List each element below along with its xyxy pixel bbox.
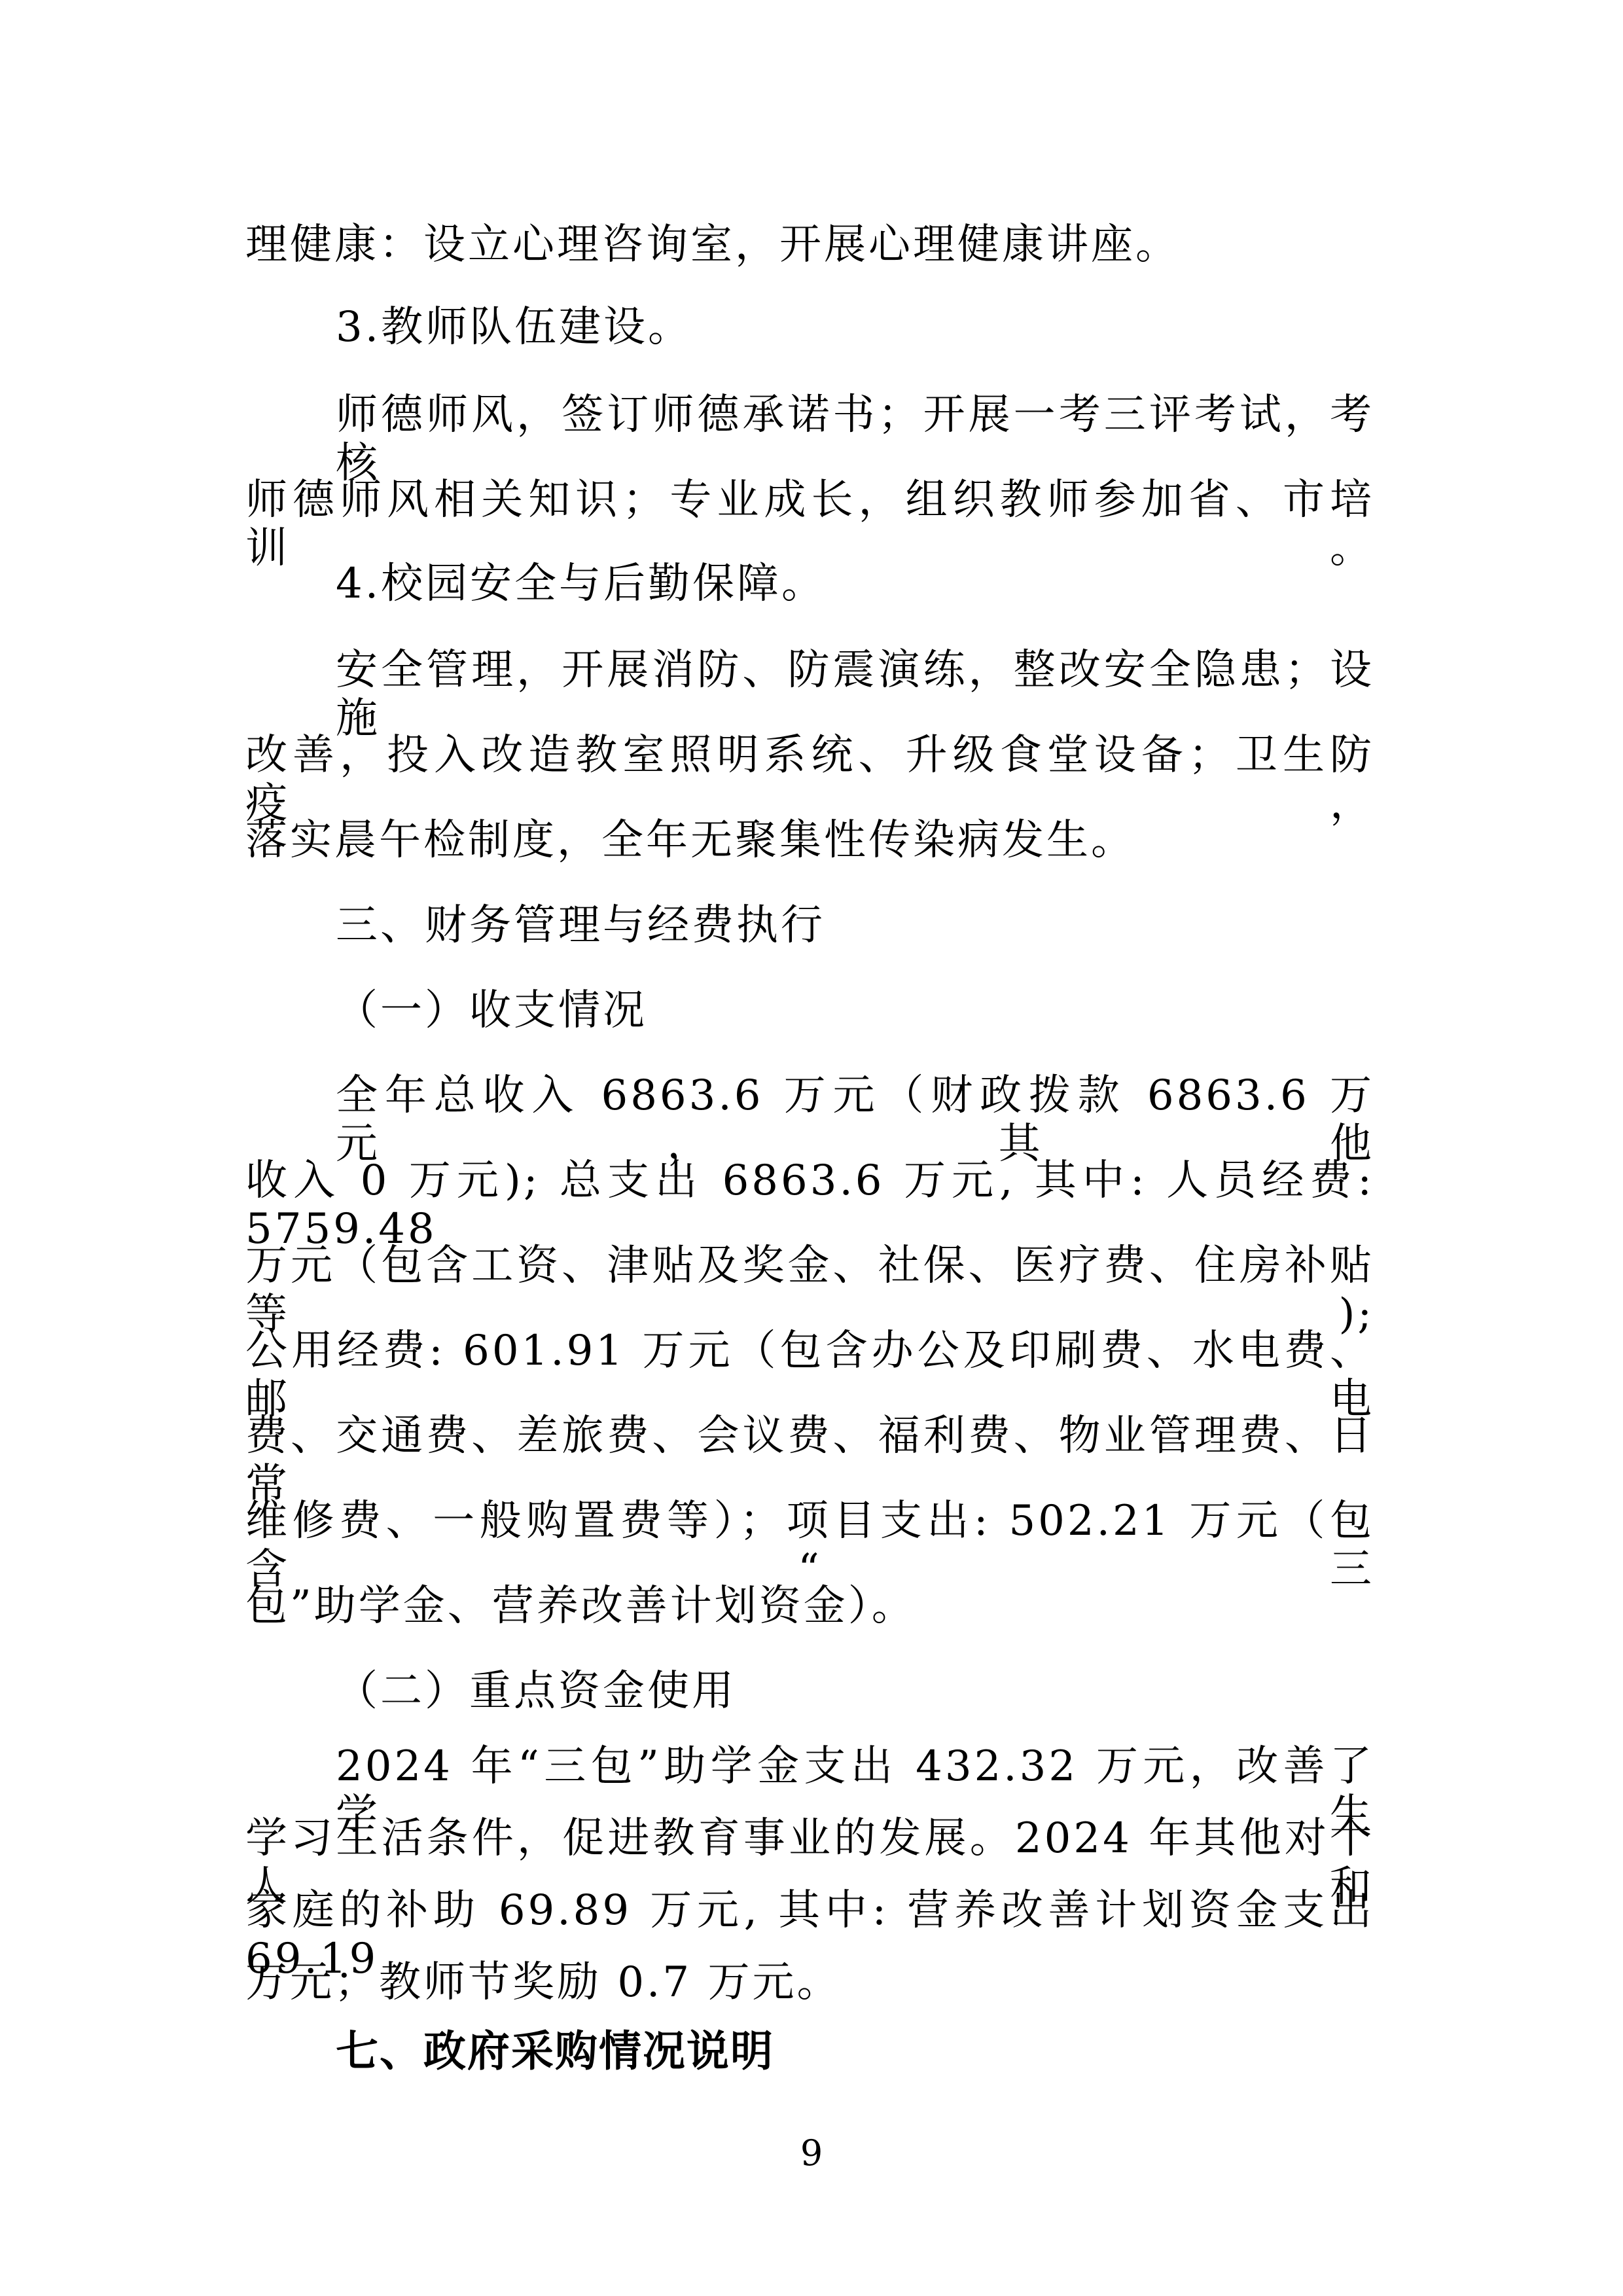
document-page: 理健康：设立心理咨询室，开展心理健康讲座。 3.教师队伍建设。 师德师风，签订师…: [0, 0, 1623, 2296]
page-number: 9: [0, 2132, 1623, 2174]
para-safety-line-2: 改善，投入改造教室照明系统、升级食堂设备；卫生防疫，: [245, 731, 1374, 828]
subsection-1-income-expense-heading: （一）收支情况: [245, 986, 1374, 1035]
para-psych-health-line: 理健康：设立心理咨询室，开展心理健康讲座。: [245, 221, 1374, 269]
para-income-line-7: 包”助学金、营养改善计划资金）。: [245, 1582, 1374, 1630]
subsection-2-key-funds-heading: （二）重点资金使用: [245, 1667, 1374, 1715]
item-3-teacher-team-heading: 3.教师队伍建设。: [245, 303, 1374, 351]
para-income-line-1: 全年总收入 6863.6 万元（财政拨款 6863.6 万元，其他: [245, 1071, 1374, 1168]
para-income-line-5: 费、交通费、差旅费、会议费、福利费、物业管理费、日常: [245, 1412, 1374, 1509]
para-income-line-6: 维修费、一般购置费等）；项目支出: 502.21 万元（包含“三: [245, 1497, 1374, 1594]
para-teacher-ethics-line-1: 师德师风，签订师德承诺书；开展一考三评考试，考核: [245, 391, 1374, 488]
para-teacher-ethics-line-2: 师德师风相关知识；专业成长，组织教师参加省、市培训。: [245, 476, 1374, 573]
section-3-finance-heading: 三、财务管理与经费执行: [245, 901, 1374, 950]
para-income-line-4: 公用经费: 601.91 万元（包含办公及印刷费、水电费、邮电: [245, 1327, 1374, 1424]
para-income-line-2: 收入 0 万元); 总支出 6863.6 万元, 其中: 人员经费: 5759.…: [245, 1157, 1374, 1253]
para-key-funds-line-4: 万元；教师节奖励 0.7 万元。: [245, 1958, 1374, 2007]
para-safety-line-3: 落实晨午检制度，全年无聚集性传染病发生。: [245, 816, 1374, 865]
section-7-procurement-heading: 七、政府采购情况说明: [245, 2028, 1374, 2076]
para-safety-line-1: 安全管理，开展消防、防震演练，整改安全隐患；设施: [245, 646, 1374, 743]
item-4-campus-safety-heading: 4.校园安全与后勤保障。: [245, 560, 1374, 608]
para-income-line-3: 万元（包含工资、津贴及奖金、社保、医疗费、住房补贴等);: [245, 1242, 1374, 1338]
